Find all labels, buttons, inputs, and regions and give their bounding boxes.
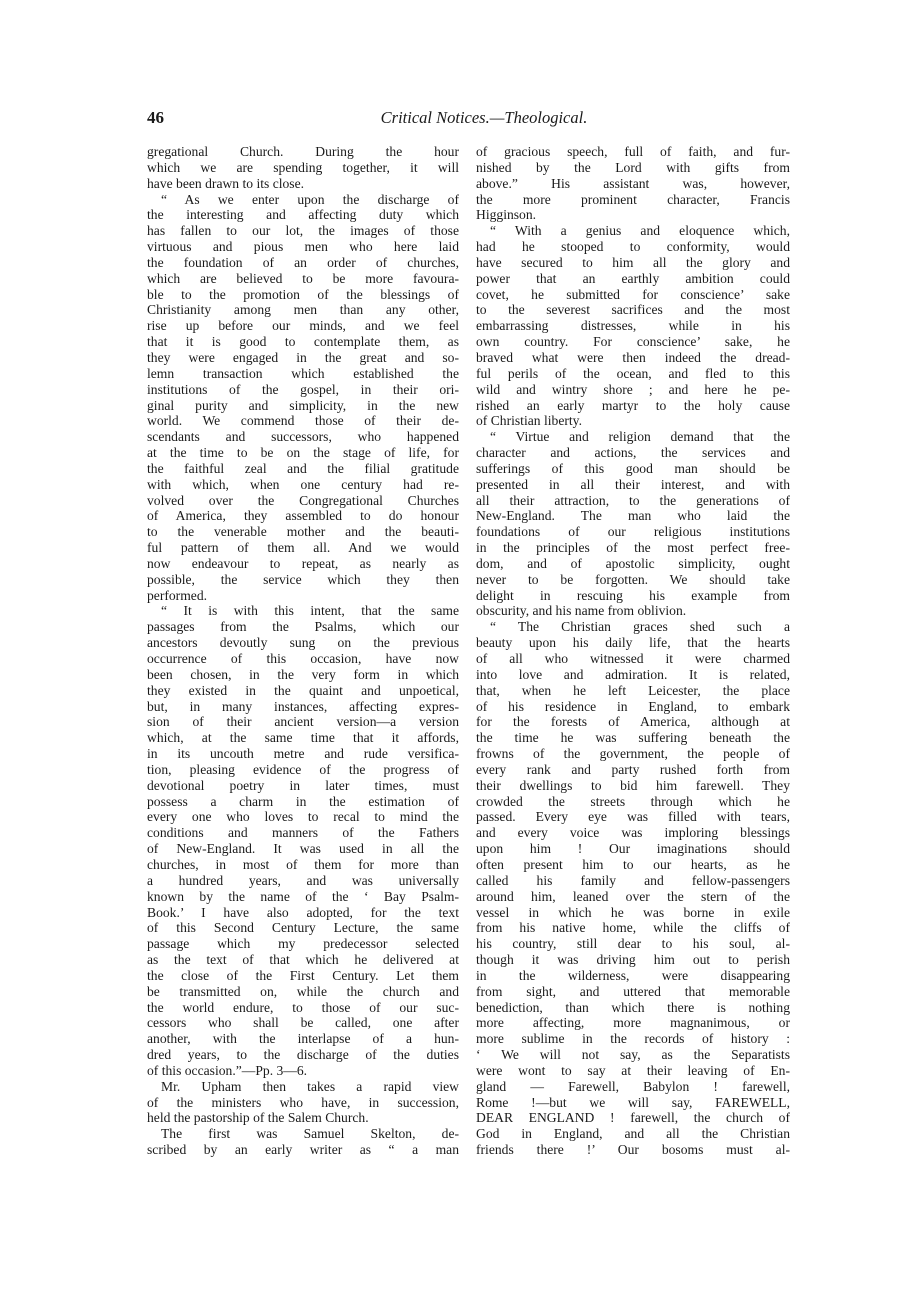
text-line: been chosen, in the very form in which <box>147 667 459 683</box>
left-column: gregational Church. During the hourwhich… <box>147 144 459 1158</box>
text-line: held the pastorship of the Salem Church. <box>147 1110 459 1126</box>
text-line: another, with the interlapse of a hun- <box>147 1031 459 1047</box>
text-line: power that an earthly ambition could <box>476 271 790 287</box>
text-line: Higginson. <box>476 207 790 223</box>
text-line: gregational Church. During the hour <box>147 144 459 160</box>
text-line: from sight, and uttered that memorable <box>476 984 790 1000</box>
text-line: they were engaged in the great and so- <box>147 350 459 366</box>
text-line: his country, still dear to his soul, al- <box>476 936 790 952</box>
text-line: that it is good to contemplate them, as <box>147 334 459 350</box>
text-line: which, at the same time that it affords, <box>147 730 459 746</box>
text-line: of America, they assembled to do honour <box>147 508 459 524</box>
text-line: the close of the First Century. Let them <box>147 968 459 984</box>
text-line: frowns of the government, the people of <box>476 746 790 762</box>
text-line: sion of their ancient version—a version <box>147 714 459 730</box>
text-line: passed. Every eye was filled with tears, <box>476 809 790 825</box>
text-line: every one who loves to recal to mind the <box>147 809 459 825</box>
text-line: of New-England. It was used in all the <box>147 841 459 857</box>
text-line: crowded the streets through which he <box>476 794 790 810</box>
text-line: the time he was suffering beneath the <box>476 730 790 746</box>
text-line: as the text of that which he delivered a… <box>147 952 459 968</box>
text-line: of this occasion.”—Pp. 3—6. <box>147 1063 459 1079</box>
text-line: upon him ! Our imaginations should <box>476 841 790 857</box>
text-line: conditions and manners of the Fathers <box>147 825 459 841</box>
text-line: rise up before our minds, and we feel <box>147 318 459 334</box>
text-line: which we are spending together, it will <box>147 160 459 176</box>
text-line: possess a charm in the estimation of <box>147 794 459 810</box>
text-line: ful perils of the ocean, and fled to thi… <box>476 366 790 382</box>
text-line: delight in rescuing his example from <box>476 588 790 604</box>
text-line: they existed in the quaint and unpoetica… <box>147 683 459 699</box>
text-line: though it was driving him out to perish <box>476 952 790 968</box>
text-line: from his native home, while the cliffs o… <box>476 920 790 936</box>
text-line: passage which my predecessor selected <box>147 936 459 952</box>
text-line: DEAR ENGLAND ! farewell, the church of <box>476 1110 790 1126</box>
text-line: institutions of the gospel, in their ori… <box>147 382 459 398</box>
text-line: have secured to him all the glory and <box>476 255 790 271</box>
text-line: of gracious speech, full of faith, and f… <box>476 144 790 160</box>
text-line: “ With a genius and eloquence which, <box>476 223 790 239</box>
text-line: were wont to say at their leaving of En- <box>476 1063 790 1079</box>
text-line: occurrence of this occasion, have now <box>147 651 459 667</box>
text-line: which are believed to be more favoura- <box>147 271 459 287</box>
text-line: all their attraction, to the generations… <box>476 493 790 509</box>
text-line: their dwellings to bid him farewell. The… <box>476 778 790 794</box>
text-line: the world endure, to those of our suc- <box>147 1000 459 1016</box>
text-line: “ Virtue and religion demand that the <box>476 429 790 445</box>
text-line: of all who witnessed it were charmed <box>476 651 790 667</box>
text-line: embarrassing distresses, while in his <box>476 318 790 334</box>
text-line: in the wilderness, were disappearing <box>476 968 790 984</box>
right-column: of gracious speech, full of faith, and f… <box>476 144 790 1158</box>
text-line: more affecting, more magnanimous, or <box>476 1015 790 1031</box>
text-line: of this Second Century Lecture, the same <box>147 920 459 936</box>
text-line: of Christian liberty. <box>476 413 790 429</box>
text-line: tion, pleasing evidence of the progress … <box>147 762 459 778</box>
text-line: Christianity among men than any other, <box>147 302 459 318</box>
text-line: wild and wintry shore ; and here he pe- <box>476 382 790 398</box>
text-line: churches, in most of them for more than <box>147 857 459 873</box>
page-header: 46 Critical Notices.—Theological. <box>147 108 791 130</box>
text-line: God in England, and all the Christian <box>476 1126 790 1142</box>
text-line: above.” His assistant was, however, <box>476 176 790 192</box>
text-line: for the forests of America, although at <box>476 714 790 730</box>
text-line: devotional poetry in later times, must <box>147 778 459 794</box>
text-line: presented in all their interest, and wit… <box>476 477 790 493</box>
text-line: New-England. The man who laid the <box>476 508 790 524</box>
text-line: has fallen to our lot, the images of tho… <box>147 223 459 239</box>
text-line: more sublime in the records of history : <box>476 1031 790 1047</box>
text-line: performed. <box>147 588 459 604</box>
text-line: cessors who shall be called, one after <box>147 1015 459 1031</box>
text-line: often present him to our hearts, as he <box>476 857 790 873</box>
text-line: ‘ We will not say, as the Separatists <box>476 1047 790 1063</box>
text-line: “ As we enter upon the discharge of <box>147 192 459 208</box>
text-line: scendants and successors, who happened <box>147 429 459 445</box>
text-line: but, in many instances, affecting expres… <box>147 699 459 715</box>
text-line: passages from the Psalms, which our <box>147 619 459 635</box>
text-line: never to be forgotten. We should take <box>476 572 790 588</box>
text-line: the faithful zeal and the filial gratitu… <box>147 461 459 477</box>
text-line: and every voice was imploring blessings <box>476 825 790 841</box>
text-line: ancestors devoutly sung on the previous <box>147 635 459 651</box>
text-line: called his family and fellow-passengers <box>476 873 790 889</box>
text-line: ble to the promotion of the blessings of <box>147 287 459 303</box>
text-line: “ It is with this intent, that the same <box>147 603 459 619</box>
text-line: with which, when one century had re- <box>147 477 459 493</box>
text-line: world. We commend those of their de- <box>147 413 459 429</box>
running-title: Critical Notices.—Theological. <box>147 108 791 128</box>
text-line: friends there !’ Our bosoms must al- <box>476 1142 790 1158</box>
text-line: around him, leaned over the stern of the <box>476 889 790 905</box>
text-line: character and actions, the services and <box>476 445 790 461</box>
text-line: nished by the Lord with gifts from <box>476 160 790 176</box>
text-line: of his residence in England, to embark <box>476 699 790 715</box>
text-line: in the principles of the most perfect fr… <box>476 540 790 556</box>
text-line: beauty upon his daily life, that the hea… <box>476 635 790 651</box>
text-line: Mr. Upham then takes a rapid view <box>147 1079 459 1095</box>
text-line: own country. For conscience’ sake, he <box>476 334 790 350</box>
text-line: now endeavour to repeat, as nearly as <box>147 556 459 572</box>
text-line: at the time to be on the stage of life, … <box>147 445 459 461</box>
text-line: had he stooped to conformity, would <box>476 239 790 255</box>
text-line: foundations of our religious institution… <box>476 524 790 540</box>
text-line: have been drawn to its close. <box>147 176 459 192</box>
text-line: “ The Christian graces shed such a <box>476 619 790 635</box>
text-line: ginal purity and simplicity, in the new <box>147 398 459 414</box>
text-line: of the ministers who have, in succession… <box>147 1095 459 1111</box>
text-line: scribed by an early writer as “ a man <box>147 1142 459 1158</box>
text-line: Book.’ I have also adopted, for the text <box>147 905 459 921</box>
text-line: volved over the Congregational Churches <box>147 493 459 509</box>
text-line: covet, he submitted for conscience’ sake <box>476 287 790 303</box>
text-line: that, when he left Leicester, the place <box>476 683 790 699</box>
text-line: sufferings of this good man should be <box>476 461 790 477</box>
text-line: ful pattern of them all. And we would <box>147 540 459 556</box>
text-line: in its uncouth metre and rude versifica- <box>147 746 459 762</box>
text-line: the interesting and affecting duty which <box>147 207 459 223</box>
text-line: dred years, to the discharge of the duti… <box>147 1047 459 1063</box>
text-line: known by the name of the ‘ Bay Psalm- <box>147 889 459 905</box>
text-line: The first was Samuel Skelton, de- <box>147 1126 459 1142</box>
text-line: lemn transaction which established the <box>147 366 459 382</box>
text-line: rished an early martyr to the holy cause <box>476 398 790 414</box>
text-line: to the venerable mother and the beauti- <box>147 524 459 540</box>
text-line: benediction, than which there is nothing <box>476 1000 790 1016</box>
text-line: dom, and of apostolic simplicity, ought <box>476 556 790 572</box>
text-line: braved what were then indeed the dread- <box>476 350 790 366</box>
text-line: a hundred years, and was universally <box>147 873 459 889</box>
text-line: to the severest sacrifices and the most <box>476 302 790 318</box>
text-line: the more prominent character, Francis <box>476 192 790 208</box>
text-line: be transmitted on, while the church and <box>147 984 459 1000</box>
text-line: virtuous and pious men who here laid <box>147 239 459 255</box>
text-line: into love and admiration. It is related, <box>476 667 790 683</box>
text-line: Rome !—but we will say, FAREWELL, <box>476 1095 790 1111</box>
text-line: obscurity, and his name from oblivion. <box>476 603 790 619</box>
text-line: vessel in which he was borne in exile <box>476 905 790 921</box>
text-line: gland — Farewell, Babylon ! farewell, <box>476 1079 790 1095</box>
text-line: the foundation of an order of churches, <box>147 255 459 271</box>
text-line: possible, the service which they then <box>147 572 459 588</box>
text-line: every rank and party rushed forth from <box>476 762 790 778</box>
